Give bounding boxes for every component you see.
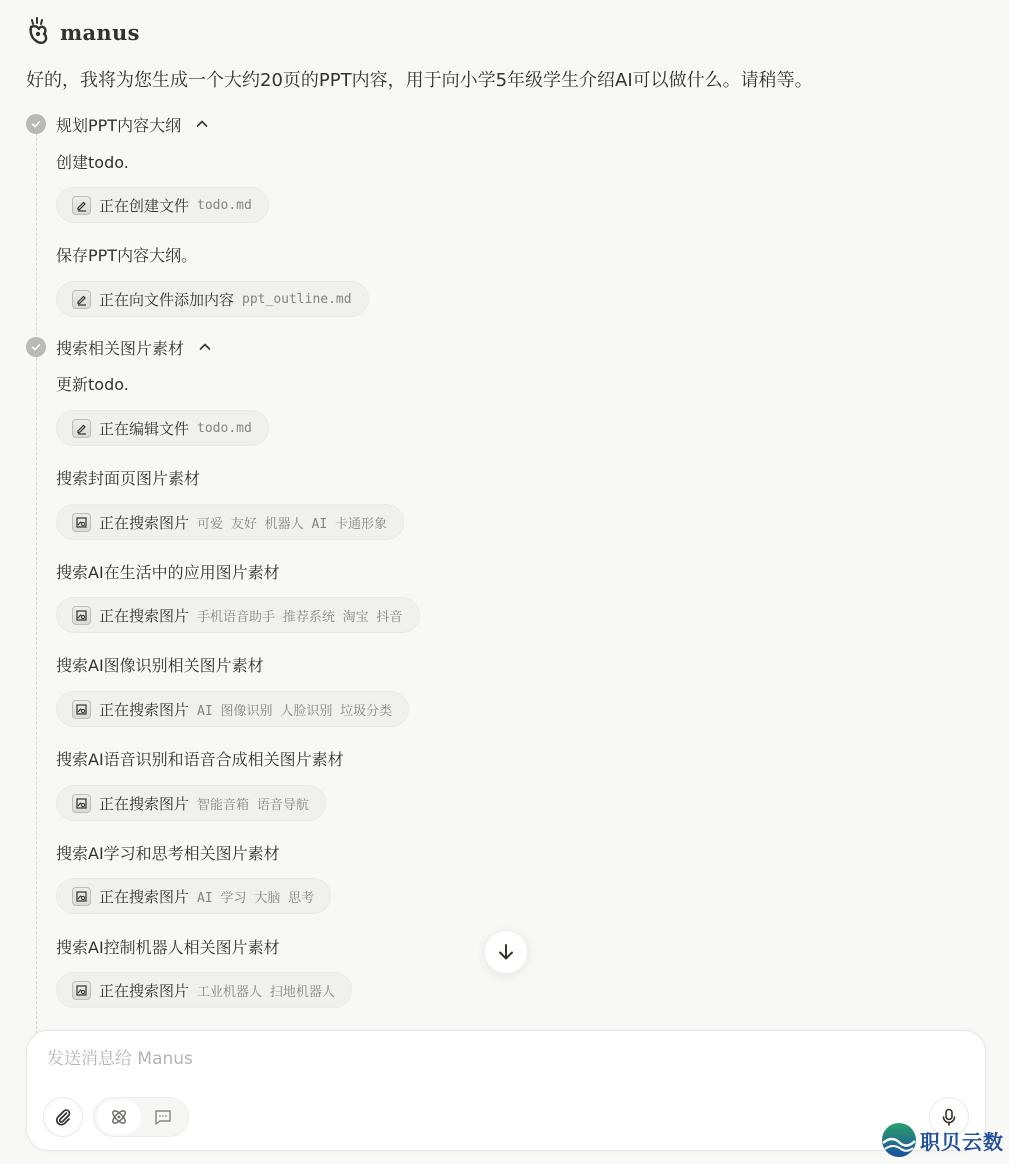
step-description: 搜索AI控制机器人相关图片素材 bbox=[56, 935, 280, 958]
message-composer bbox=[26, 1030, 986, 1151]
watermark-text: 职贝云数 bbox=[920, 1126, 1004, 1155]
manus-hand-logo-icon bbox=[26, 17, 52, 47]
timeline-line bbox=[36, 128, 37, 1034]
chip-action: 正在向文件添加内容 bbox=[99, 289, 234, 310]
edit-file-icon bbox=[72, 196, 91, 215]
tool-chip[interactable]: 正在创建文件 todo.md bbox=[56, 187, 269, 223]
chat-mode-button[interactable] bbox=[141, 1100, 185, 1134]
image-search-icon bbox=[72, 887, 91, 906]
step-description: 保存PPT内容大纲。 bbox=[56, 243, 197, 266]
chip-argument: 工业机器人 扫地机器人 bbox=[197, 981, 335, 1000]
tool-chip[interactable]: 正在搜索图片 AI 学习 大脑 思考 bbox=[56, 878, 331, 914]
tool-chip[interactable]: 正在搜索图片 工业机器人 扫地机器人 bbox=[56, 972, 352, 1008]
step-description: 搜索AI图像识别相关图片素材 bbox=[56, 653, 264, 676]
chip-argument: 智能音箱 语音导航 bbox=[197, 794, 309, 813]
message-input[interactable] bbox=[47, 1049, 927, 1069]
image-search-icon bbox=[72, 606, 91, 625]
watermark: 职贝云数 bbox=[880, 1120, 1004, 1160]
chip-argument: 可爱 友好 机器人 AI 卡通形象 bbox=[197, 513, 387, 532]
image-search-icon bbox=[72, 513, 91, 532]
image-search-icon bbox=[72, 981, 91, 1000]
chip-argument: todo.md bbox=[197, 198, 252, 213]
check-circle-icon bbox=[26, 337, 46, 357]
arrow-down-icon bbox=[496, 942, 516, 962]
section-title: 搜索相关图片素材 bbox=[56, 336, 184, 359]
scroll-to-bottom-button[interactable] bbox=[484, 930, 528, 974]
chat-bubble-icon bbox=[153, 1107, 173, 1127]
step-description: 更新todo. bbox=[56, 372, 129, 395]
chevron-up-icon[interactable] bbox=[198, 340, 212, 354]
chip-argument: todo.md bbox=[197, 421, 252, 436]
chip-action: 正在搜索图片 bbox=[99, 605, 189, 626]
chip-argument: 手机语音助手 推荐系统 淘宝 抖音 bbox=[197, 606, 402, 625]
chip-argument: AI 图像识别 人脸识别 垃圾分类 bbox=[197, 700, 392, 719]
edit-file-icon bbox=[72, 419, 91, 438]
chip-action: 正在编辑文件 bbox=[99, 418, 189, 439]
paperclip-icon bbox=[53, 1107, 73, 1127]
assistant-message: 好的，我将为您生成一个大约20页的PPT内容，用于向小学5年级学生介绍AI可以做… bbox=[26, 66, 813, 92]
attach-button[interactable] bbox=[43, 1097, 83, 1137]
step-description: 创建todo. bbox=[56, 150, 129, 173]
tool-chip[interactable]: 正在编辑文件 todo.md bbox=[56, 410, 269, 446]
step-description: 搜索AI语音识别和语音合成相关图片素材 bbox=[56, 747, 344, 770]
step-description: 搜索封面页图片素材 bbox=[56, 466, 200, 489]
tool-chip[interactable]: 正在搜索图片 手机语音助手 推荐系统 淘宝 抖音 bbox=[56, 597, 420, 633]
chip-action: 正在搜索图片 bbox=[99, 699, 189, 720]
header: manus bbox=[26, 16, 140, 48]
chip-action: 正在搜索图片 bbox=[99, 793, 189, 814]
check-circle-icon bbox=[26, 114, 46, 134]
task-section-search-images[interactable]: 搜索相关图片素材 bbox=[26, 335, 212, 359]
chip-action: 正在搜索图片 bbox=[99, 886, 189, 907]
tool-chip[interactable]: 正在搜索图片 智能音箱 语音导航 bbox=[56, 785, 326, 821]
watermark-logo-icon bbox=[880, 1121, 918, 1159]
step-description: 搜索AI学习和思考相关图片素材 bbox=[56, 841, 280, 864]
brand-name: manus bbox=[60, 20, 140, 45]
task-section-plan-outline[interactable]: 规划PPT内容大纲 bbox=[26, 112, 209, 136]
section-title: 规划PPT内容大纲 bbox=[56, 113, 181, 136]
tool-chip[interactable]: 正在搜索图片 AI 图像识别 人脸识别 垃圾分类 bbox=[56, 691, 409, 727]
step-description: 搜索AI在生活中的应用图片素材 bbox=[56, 560, 280, 583]
chip-argument: ppt_outline.md bbox=[242, 292, 352, 307]
chip-action: 正在创建文件 bbox=[99, 195, 189, 216]
tool-chip[interactable]: 正在搜索图片 可爱 友好 机器人 AI 卡通形象 bbox=[56, 504, 404, 540]
image-search-icon bbox=[72, 700, 91, 719]
chevron-up-icon[interactable] bbox=[195, 117, 209, 131]
edit-file-icon bbox=[72, 290, 91, 309]
chip-action: 正在搜索图片 bbox=[99, 512, 189, 533]
mode-toggle-group bbox=[93, 1097, 189, 1137]
agent-mode-button[interactable] bbox=[97, 1100, 141, 1134]
atom-icon bbox=[109, 1107, 129, 1127]
chip-action: 正在搜索图片 bbox=[99, 980, 189, 1001]
tool-chip[interactable]: 正在向文件添加内容 ppt_outline.md bbox=[56, 281, 369, 317]
image-search-icon bbox=[72, 794, 91, 813]
chip-argument: AI 学习 大脑 思考 bbox=[197, 887, 314, 906]
